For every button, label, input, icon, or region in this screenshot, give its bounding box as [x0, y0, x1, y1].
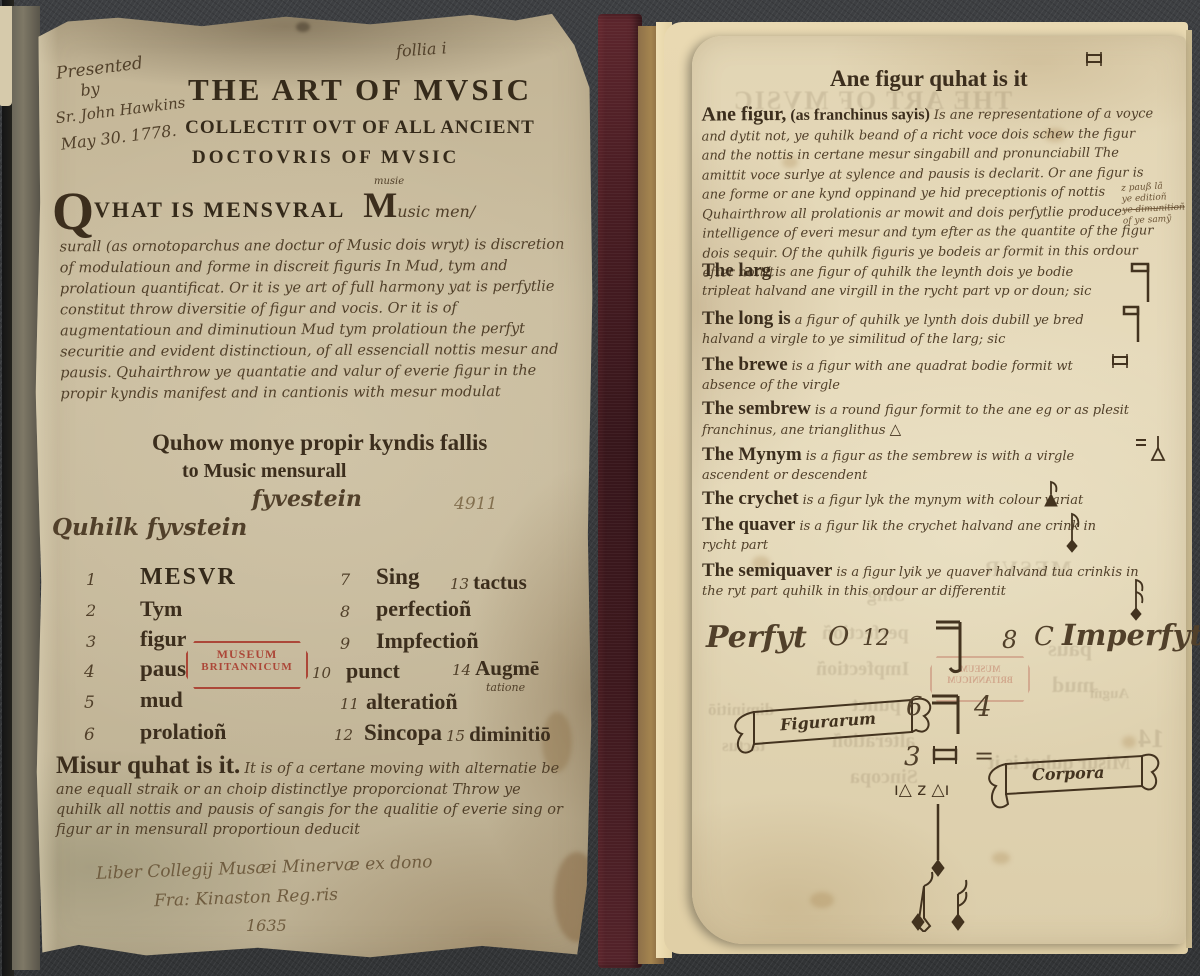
imperfyt-word: Imperfyt [1062, 618, 1200, 652]
intro-paren: (as franchinus sayis) [790, 106, 930, 124]
number-4: 4 [974, 690, 992, 723]
definition-term: The long is [702, 308, 791, 329]
definition-semiquaver: The semiquaver is a figur lyik ye quaver… [702, 560, 1142, 600]
shelf-number: 4911 [454, 494, 497, 514]
note-cluster-icon [906, 802, 1006, 932]
definition-long: The long is a figur of quhilk ye lynth d… [702, 308, 1112, 348]
left-page: Presented by Sr. John Hawkins May 30. 17… [34, 12, 594, 962]
list-item: 13 tactus [450, 570, 527, 595]
figur-intro-paragraph: Ane figur, (as franchinus sayis) Is ane … [701, 100, 1154, 283]
list-number: 4 [84, 662, 95, 682]
perfyt-word: Perfyt [706, 620, 807, 655]
intro-lead: Ane figur, [701, 103, 786, 126]
list-number: 6 [84, 725, 95, 745]
list-term: diminitiō [469, 722, 551, 746]
stamp-line1: MUSEUM [188, 647, 306, 662]
definition-larg: The larg is ane figur of quhilk the leyn… [702, 260, 1122, 300]
heading-text: VHAT IS MENSVRAL [94, 197, 345, 222]
number-6: 6 [906, 692, 923, 722]
marginal-line: of ye samỹ [1123, 213, 1187, 227]
intro-body: Is ane representatione of a voyce and dy… [702, 106, 1154, 280]
misur-heading: Misur quhat is it. [56, 752, 240, 779]
right-page-edge [1186, 30, 1192, 948]
semibreve-row: ı△ z △ı [894, 780, 949, 800]
definition-brewe: The brewe is a figur with ane quadrat bo… [702, 354, 1102, 394]
breve-note-icon [930, 744, 962, 766]
list-term: punct [346, 658, 400, 684]
list-number: 1 [86, 570, 96, 589]
interlinear-annotation: musie [374, 176, 404, 187]
definition-term: The crychet [702, 488, 799, 509]
inscription-line2: Fra: Kinaston Reg.ris [154, 885, 339, 911]
list-number: 2 [86, 601, 96, 620]
figures-diagram: Figurarum Corpora 6 4 3 = ı△ z △ı [692, 682, 1186, 932]
larg-note-icon [1130, 260, 1154, 306]
banner-right-label: Corpora [1032, 763, 1105, 785]
definition-sembrew: The sembrew is a round figur formit to t… [702, 398, 1132, 439]
long-note-icon [928, 686, 964, 738]
kyndis-heading-line2: to Music mensurall [182, 460, 346, 483]
list-term: Impfectioñ [376, 628, 479, 654]
quaver-note-icon [1062, 510, 1082, 556]
inscription-line1: Liber Collegij Musæi Minervæ ex dono [96, 852, 433, 884]
fyvestein-word: fyvestein [252, 486, 362, 512]
list-term: Tym [140, 596, 182, 622]
number-3: 3 [904, 742, 921, 772]
misur-section: Misur quhat is it. It is of a certane mo… [56, 752, 570, 840]
list-term: paus [140, 656, 186, 682]
number-8: 8 [1002, 626, 1017, 654]
book-spread-photo: Presented by Sr. John Hawkins May 30. 17… [0, 0, 1200, 976]
list-term: alteratioñ [366, 689, 458, 715]
list-term: Augmē [475, 656, 539, 680]
definition-crychet: The crychet is a figur lyk the mynym wit… [702, 488, 1142, 510]
heading-tail: usic men/ [397, 202, 475, 221]
title-line1: THE ART OF MVSIC [172, 72, 548, 108]
list-term: Sing [376, 564, 419, 590]
list-number: 7 [340, 570, 350, 589]
figur-heading: Ane figur quhat is it [830, 66, 1028, 92]
initial-M: M [363, 185, 397, 225]
stain [554, 852, 600, 942]
list-number: 3 [86, 632, 96, 651]
number-12: 12 [862, 626, 890, 651]
mensural-heading: QVHAT IS MENSVRAL musie Music men/ [52, 184, 582, 231]
mensural-paragraph: surall (as ornotoparchus ane doctur of M… [60, 235, 569, 406]
list-term: tactus [473, 570, 527, 594]
equals-sign: = [974, 742, 994, 770]
inscription-line3: 1635 [246, 916, 287, 935]
definition-term: The quaver [702, 514, 795, 535]
left-pageblock-edge [12, 6, 40, 970]
list-number: 10 [312, 664, 331, 682]
folio-note: follia i [395, 38, 447, 60]
list-number: 5 [84, 693, 95, 713]
provenance-note: Presented by Sr. John Hawkins May 30. 17… [55, 49, 190, 154]
perfyt-line: Perfyt O 12 8 C Imperfyt [706, 614, 1176, 678]
initial-Q: Q [52, 181, 94, 241]
list-term: MESVR [140, 564, 237, 591]
list-number: 14 [452, 661, 471, 679]
right-page: THE ART OF MVSIC MESVR Sing perfectioñ I… [692, 36, 1186, 944]
list-number: 12 [334, 726, 353, 744]
left-page-sliver [0, 6, 12, 106]
breve-note-icon [1110, 352, 1132, 370]
marginal-notes: z pauß lã ye editioñ ye dimunitioñ of y… [1121, 180, 1187, 227]
list-term: perfectioñ [376, 596, 471, 622]
list-item: 15 diminitiō [446, 722, 551, 747]
c-mensuration-sign: C [1034, 622, 1054, 652]
definition-term: The larg [702, 260, 771, 281]
list-item: 14 Augmē tatione [452, 656, 539, 694]
list-term: Sincopa [364, 720, 442, 746]
semibreve-triangle-icon: △ [890, 420, 902, 438]
list-term-sub: tatione [486, 681, 539, 694]
list-number: 15 [446, 727, 465, 745]
museum-britannicum-stamp: MUSEUM BRITANNICUM [186, 641, 308, 689]
list-term: prolatioñ [140, 719, 226, 745]
title-block: THE ART OF MVSIC COLLECTIT OVT OF ALL AN… [172, 72, 548, 169]
list-term: figur [140, 626, 186, 652]
crotchet-note-icon [1042, 480, 1060, 514]
list-number: 9 [340, 634, 350, 653]
breve-note-icon [1084, 50, 1106, 68]
list-number: 13 [450, 575, 469, 593]
list-number: 8 [340, 602, 350, 621]
title-line2: COLLECTIT OVT OF ALL ANCIENT [172, 117, 548, 139]
stamp-line2: BRITANNICUM [188, 661, 306, 673]
definition-mynym: The Mynym is a figur as the sembrew is w… [702, 444, 1122, 484]
list-number: 11 [340, 695, 359, 713]
book-spine-leather [598, 14, 642, 968]
definition-term: The Mynym [702, 444, 802, 465]
definition-term: The semiquaver [702, 560, 832, 581]
long-note-icon [932, 614, 966, 676]
definition-term: The sembrew [702, 398, 811, 419]
stain [296, 22, 310, 32]
circle-mensuration-sign: O [828, 622, 849, 652]
minim-note-icon [1128, 434, 1168, 474]
title-line3: DOCTOVRIS OF MVSIC [172, 147, 548, 169]
list-term: mud [140, 687, 183, 713]
kyndis-heading-line1: Quhow monye propir kyndis fallis [152, 430, 582, 456]
definition-term: The brewe [702, 354, 788, 375]
long-note-icon [1122, 304, 1144, 346]
quhilk-line: Quhilk fyvstein [52, 514, 247, 541]
